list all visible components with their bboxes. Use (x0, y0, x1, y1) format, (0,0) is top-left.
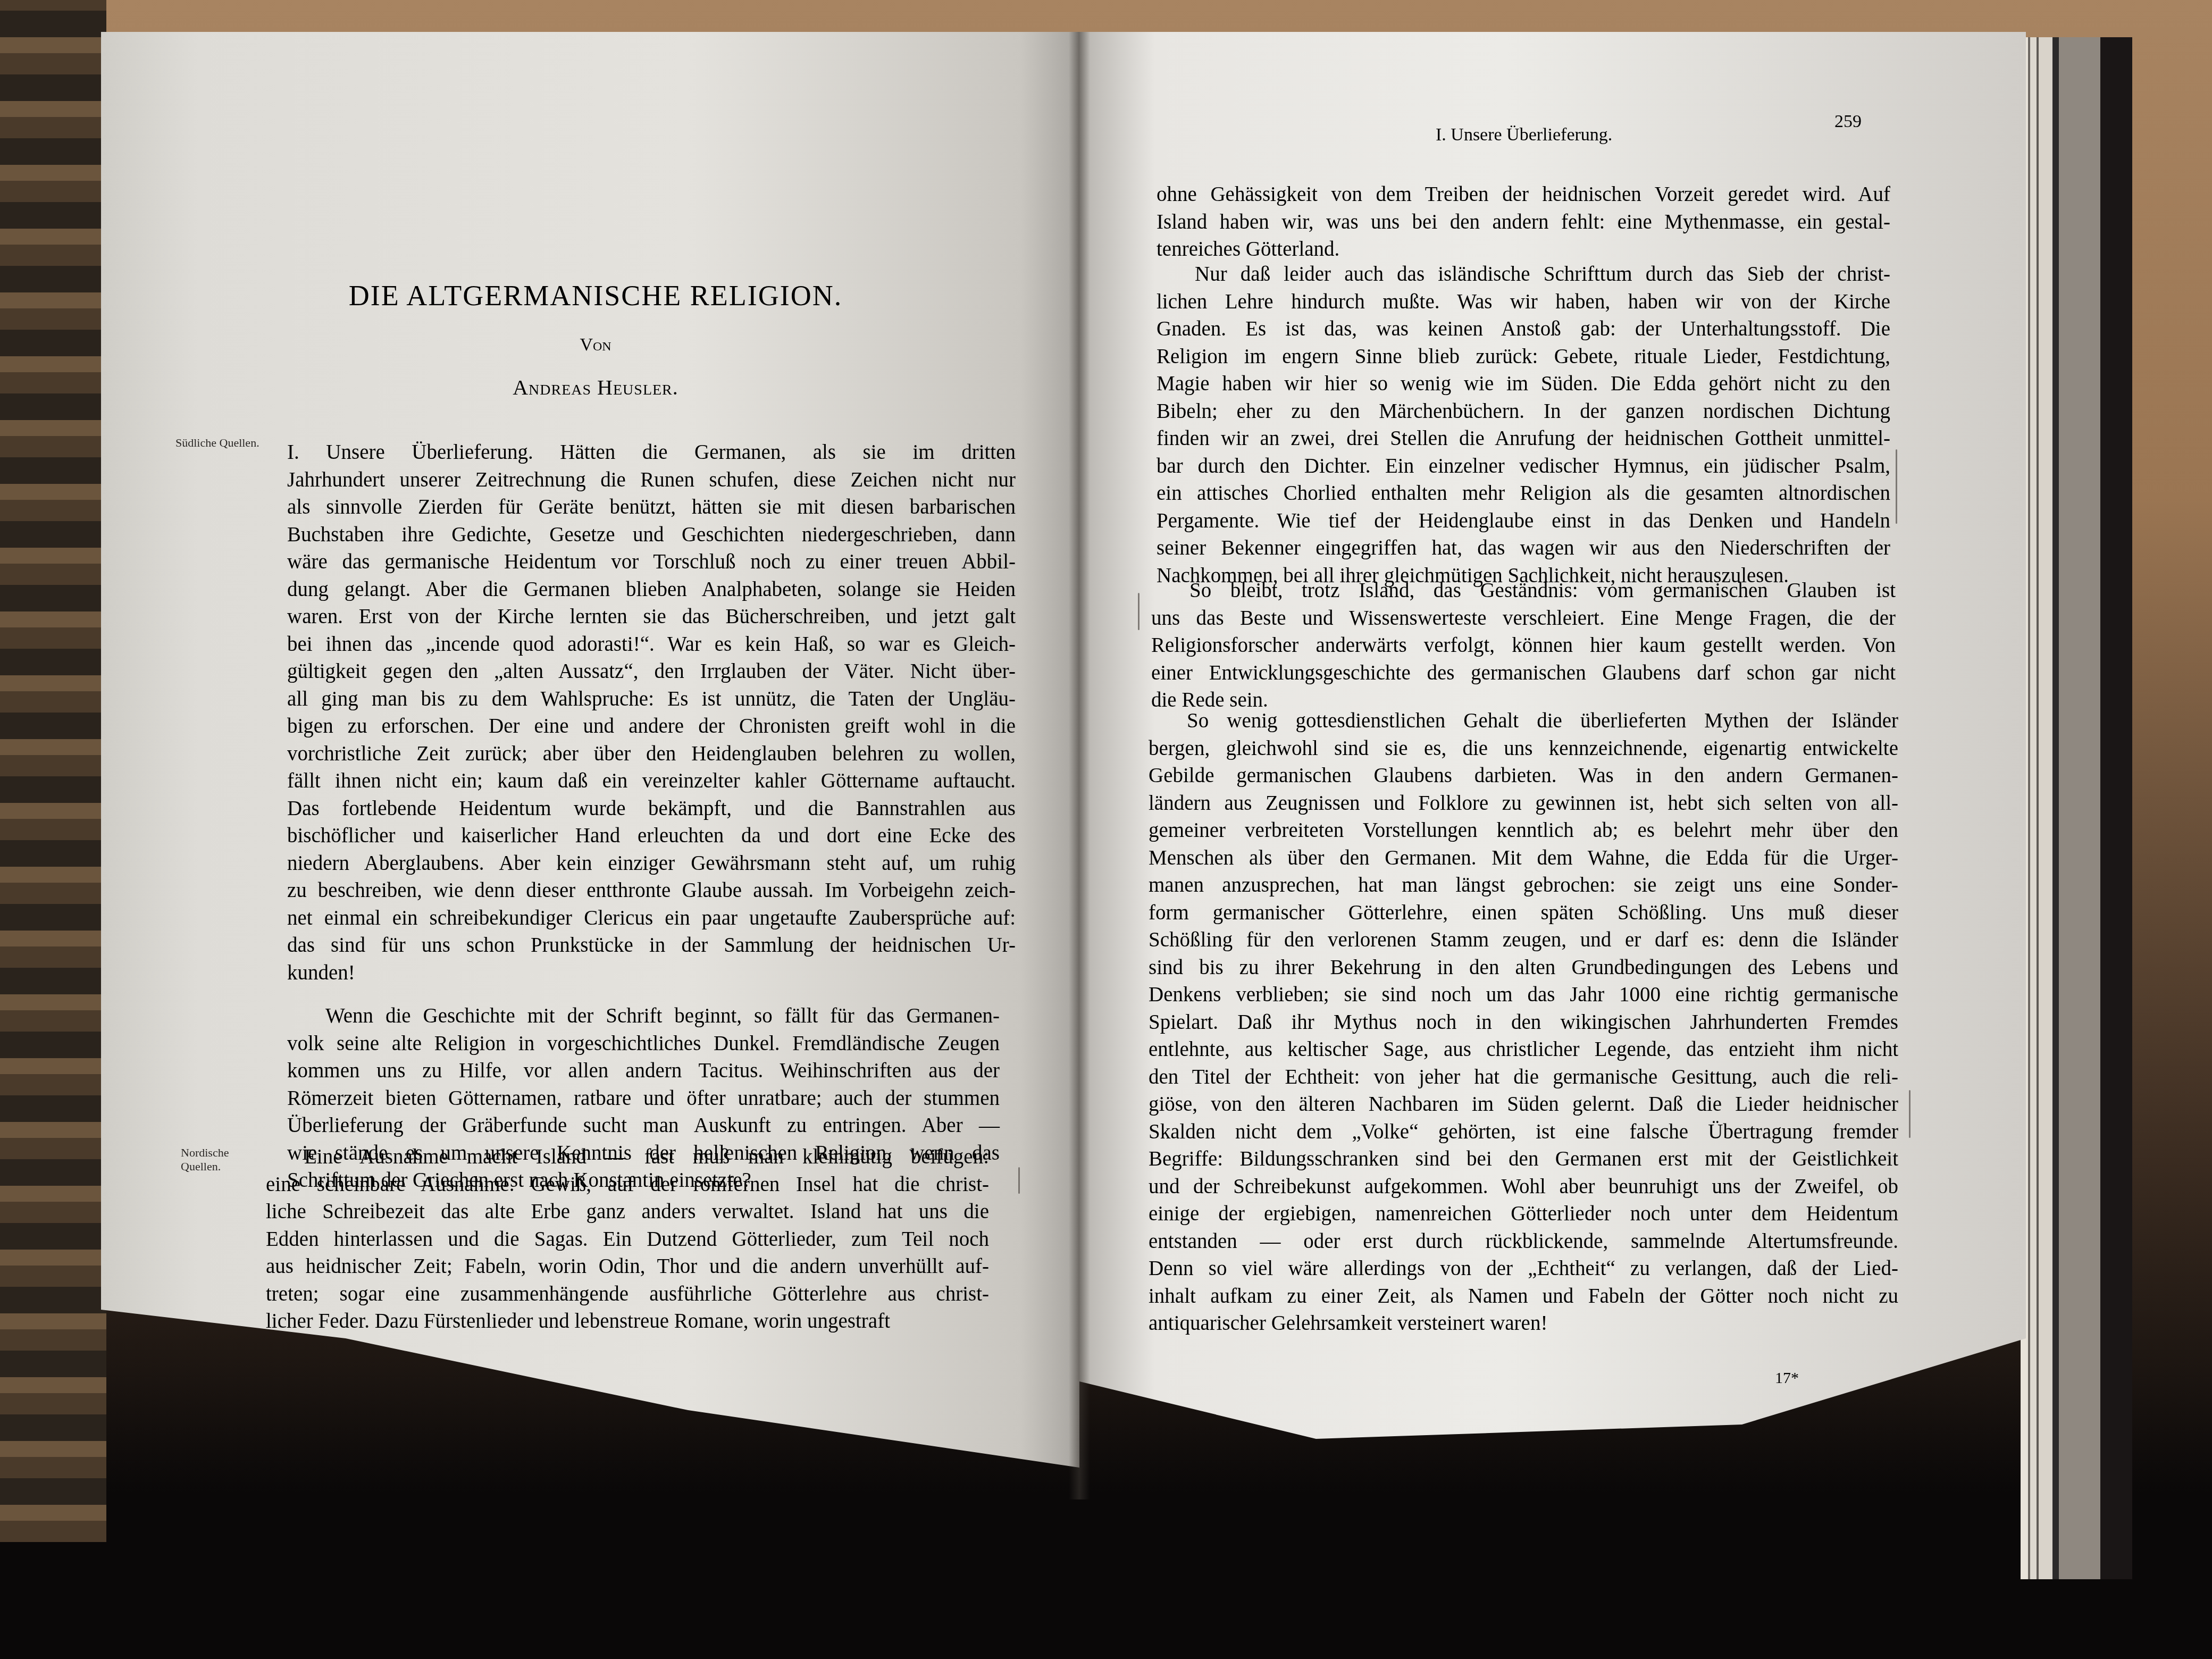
text-line: I. Unsere Überlieferung. Hätten die Germ… (287, 439, 1016, 466)
text-line: Nur daß leider auch das isländische Schr… (1157, 261, 1890, 288)
left-paragraph-1: I. Unsere Überlieferung. Hätten die Germ… (287, 439, 1016, 986)
text-line: und der Schreibekunst aufgekommen. Wohl … (1149, 1173, 1898, 1201)
text-line: eine scheinbare Ausnahme. Gewiß, auf der… (266, 1171, 989, 1199)
running-head: I. Unsere Überlieferung. (1436, 125, 1612, 145)
text-line: treten; sogar eine zusammenhängende ausf… (266, 1280, 989, 1308)
text-line: Römerzeit bieten Götternamen, ratbare un… (287, 1085, 1000, 1112)
text-line: kommen uns zu Hilfe, vor allen andern Ta… (287, 1057, 1000, 1085)
right-paragraph-3: So bleibt, trotz Island, das Geständnis:… (1151, 577, 1896, 714)
text-line: sind bis zu ihrer Bekehrung in den alten… (1149, 954, 1898, 982)
text-line: Das fortlebende Heidentum wurde bekämpft… (287, 795, 1016, 823)
text-line: Wenn die Geschichte mit der Schrift begi… (287, 1002, 1000, 1030)
text-line: als sinnvolle Zierden für Geräte benützt… (287, 493, 1016, 521)
text-line: Gebilde germanischen Glaubens darbieten.… (1149, 762, 1898, 790)
book-cover-right-edge (2021, 37, 2132, 1579)
text-line: licher Feder. Dazu Fürstenlieder und leb… (266, 1308, 989, 1335)
text-line: Island haben wir, was uns bei den andern… (1157, 208, 1890, 236)
pencil-margin-mark (1018, 1167, 1020, 1194)
margin-note-northern-sources: Nordische Quellen. (181, 1146, 229, 1174)
author-name: Andreas Heusler. (276, 375, 915, 400)
text-line: giöse, von den älteren Nachbaren im Süde… (1149, 1091, 1898, 1118)
right-paragraph-2: Nur daß leider auch das isländische Schr… (1157, 261, 1890, 589)
text-line: entstanden — oder erst durch rückblicken… (1149, 1228, 1898, 1255)
text-line: Denn so viel wäre allerdings von der „Ec… (1149, 1255, 1898, 1283)
text-line: manen anzusprechen, hat man längst gebro… (1149, 872, 1898, 899)
text-line: einige der ergiebigen, namenreichen Gött… (1149, 1200, 1898, 1228)
right-paragraph-1: ohne Gehässigkeit von dem Treiben der he… (1157, 181, 1890, 263)
printer-signature: 17* (1775, 1369, 1799, 1387)
text-line: waren. Erst von der Kirche lernten sie d… (287, 603, 1016, 631)
text-line: Denkens verblieben; sie sind noch um das… (1149, 981, 1898, 1009)
text-line: gemeiner verbreiteten Vorstellungen kenn… (1149, 817, 1898, 844)
text-line: Buchstaben ihre Gedichte, Gesetze und Ge… (287, 521, 1016, 549)
text-line: finden wir an zwei, drei Stellen die Anr… (1157, 425, 1890, 453)
text-line: dung gelangt. Aber die Germanen blieben … (287, 576, 1016, 604)
article-title: DIE ALTGERMANISCHE RELIGION. (276, 279, 915, 312)
text-line: antiquarischer Gelehrsamkeit versteinert… (1149, 1310, 1898, 1337)
text-line: ohne Gehässigkeit von dem Treiben der he… (1157, 181, 1890, 208)
pencil-margin-mark (1138, 593, 1139, 630)
text-line: das sind für uns schon Prunkstücke in de… (287, 932, 1016, 959)
text-line: Religion im engern Sinne blieb zurück: G… (1157, 343, 1890, 371)
text-line: kunden! (287, 959, 1016, 987)
text-line: Jahrhundert unserer Zeitrechnung die Run… (287, 466, 1016, 494)
text-line: Religionsforscher anderwärts verfolgt, k… (1151, 632, 1896, 659)
text-line: Schößling für den verlorenen Stamm zeuge… (1149, 926, 1898, 954)
text-line: Pergamente. Wie tief der Heidenglaube ei… (1157, 507, 1890, 535)
text-line: uns das Beste und Wissenswerteste versch… (1151, 605, 1896, 632)
text-line: lichen Lehre hindurch mußte. Was wir hab… (1157, 288, 1890, 316)
text-line: bigen zu erforschen. Der eine und andere… (287, 713, 1016, 740)
text-line: vorchristliche Zeit zurück; aber über de… (287, 740, 1016, 768)
text-line: zu beschreiben, wie denn dieser entthron… (287, 877, 1016, 904)
text-line: inhalt aufkam zu einer Zeit, als Namen u… (1149, 1283, 1898, 1310)
pencil-margin-mark (1896, 449, 1897, 524)
right-paragraph-4: So wenig gottesdienstlichen Gehalt die ü… (1149, 707, 1898, 1337)
book-gutter (1069, 32, 1090, 1499)
text-line: So wenig gottesdienstlichen Gehalt die ü… (1149, 707, 1898, 735)
text-line: seiner Bekenner eingegriffen hat, das wa… (1157, 534, 1890, 562)
text-line: bischöflicher und kaiserlicher Hand erle… (287, 822, 1016, 850)
text-line: Gnaden. Es ist das, was keinen Anstoß ga… (1157, 315, 1890, 343)
text-line: einer Entwicklungsgeschichte des germani… (1151, 659, 1896, 687)
text-line: net einmal ein schreibekundiger Clericus… (287, 904, 1016, 932)
text-line: ein attisches Chorlied enthalten mehr Re… (1157, 480, 1890, 507)
text-line: den Titel der Echtheit: von jeher hat di… (1149, 1063, 1898, 1091)
text-line: tenreiches Götterland. (1157, 236, 1890, 263)
text-line: Eine Ausnahme macht Island — fast muß ma… (266, 1143, 989, 1171)
text-line: bergen, gleichwohl sind sie es, die uns … (1149, 735, 1898, 763)
text-line: wäre das germanische Heidentum vor Torsc… (287, 548, 1016, 576)
page-number: 259 (1834, 112, 1862, 132)
left-paragraph-3: Eine Ausnahme macht Island — fast muß ma… (266, 1143, 989, 1335)
text-line: niedern Aberglaubens. Aber kein einziger… (287, 850, 1016, 877)
text-line: fällt ihnen nicht ein; kaum daß ein vere… (287, 767, 1016, 795)
text-line: bei ihnen das „incende quod adorasti!“. … (287, 631, 1016, 658)
text-line: ländern aus Zeugnissen und Folklore zu g… (1149, 790, 1898, 817)
byline-prefix: Von (276, 335, 915, 355)
text-line: Spielart. Daß ihr Mythus noch in den wik… (1149, 1009, 1898, 1036)
text-line: Bibeln; eher zu den Märchenbüchern. In d… (1157, 398, 1890, 425)
text-line: all ging man bis zu dem Wahlspruche: Es … (287, 685, 1016, 713)
margin-note-southern-sources: Südliche Quellen. (175, 436, 259, 450)
text-line: So bleibt, trotz Island, das Geständnis:… (1151, 577, 1896, 605)
book-cover-left-edge (0, 0, 106, 1542)
text-line: Menschen als über den Germanen. Mit dem … (1149, 844, 1898, 872)
text-line: Edden hinterlassen und die Sagas. Ein Du… (266, 1226, 989, 1253)
text-line: liche Schreibezeit das alte Erbe ganz an… (266, 1198, 989, 1226)
text-line: Begriffe: Bildungsschranken sind bei den… (1149, 1145, 1898, 1173)
text-line: gültigkeit gegen den „alten Aussatz“, de… (287, 658, 1016, 685)
text-line: volk seine alte Religion in vorgeschicht… (287, 1030, 1000, 1058)
text-line: form germanischer Götterlehre, einen spä… (1149, 899, 1898, 927)
pencil-margin-mark (1909, 1090, 1911, 1138)
text-line: entlehnte, aus keltischer Sage, aus chri… (1149, 1036, 1898, 1063)
text-line: Überlieferung der Gräberfunde sucht man … (287, 1112, 1000, 1139)
text-line: bar durch den Dichter. Ein einzelner ved… (1157, 453, 1890, 480)
text-line: Magie haben wir hier so wenig wie im Süd… (1157, 370, 1890, 398)
text-line: Skalden nicht dem „Volke“ gehörten, ist … (1149, 1118, 1898, 1146)
text-line: aus heidnischer Zeit; Fabeln, worin Odin… (266, 1253, 989, 1280)
